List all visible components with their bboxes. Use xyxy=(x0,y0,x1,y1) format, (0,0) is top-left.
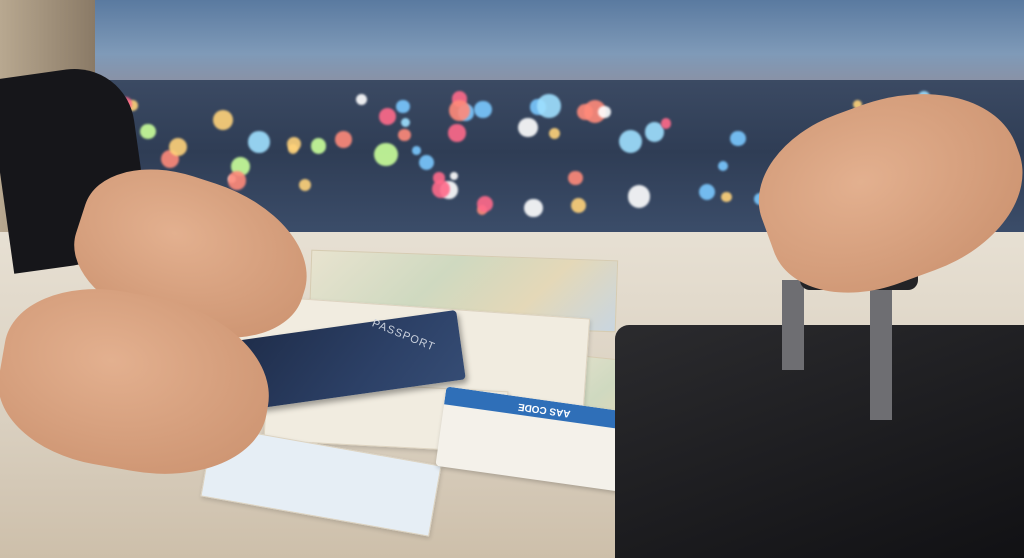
bokeh-light xyxy=(374,143,397,166)
bokeh-light xyxy=(379,108,396,125)
bokeh-light xyxy=(448,124,465,141)
bokeh-light xyxy=(398,129,410,141)
bokeh-light xyxy=(477,196,493,212)
bokeh-light xyxy=(228,171,247,190)
bokeh-light xyxy=(628,185,651,208)
suitcase-handle-right xyxy=(870,280,892,420)
bokeh-light xyxy=(598,106,610,118)
bokeh-light xyxy=(335,131,352,148)
bokeh-light xyxy=(537,94,560,117)
bokeh-light xyxy=(518,118,538,138)
bokeh-light xyxy=(721,192,731,202)
bokeh-light xyxy=(311,138,327,154)
bokeh-light xyxy=(568,171,583,186)
bokeh-light xyxy=(356,94,367,105)
suitcase xyxy=(615,325,1024,558)
bokeh-light xyxy=(524,199,543,218)
bokeh-light xyxy=(474,101,491,118)
bokeh-light xyxy=(299,179,311,191)
suitcase-handle-left xyxy=(782,280,804,370)
bokeh-light xyxy=(549,128,560,139)
bokeh-light xyxy=(730,131,745,146)
bokeh-light xyxy=(718,161,728,171)
bokeh-light xyxy=(140,124,156,140)
passport-title: PASSPORT xyxy=(370,317,437,353)
bokeh-light xyxy=(661,118,672,129)
bokeh-light xyxy=(401,118,410,127)
bokeh-light xyxy=(396,100,410,114)
bokeh-light xyxy=(412,146,421,155)
dusk-sky xyxy=(0,0,1024,90)
bokeh-light xyxy=(248,131,269,152)
